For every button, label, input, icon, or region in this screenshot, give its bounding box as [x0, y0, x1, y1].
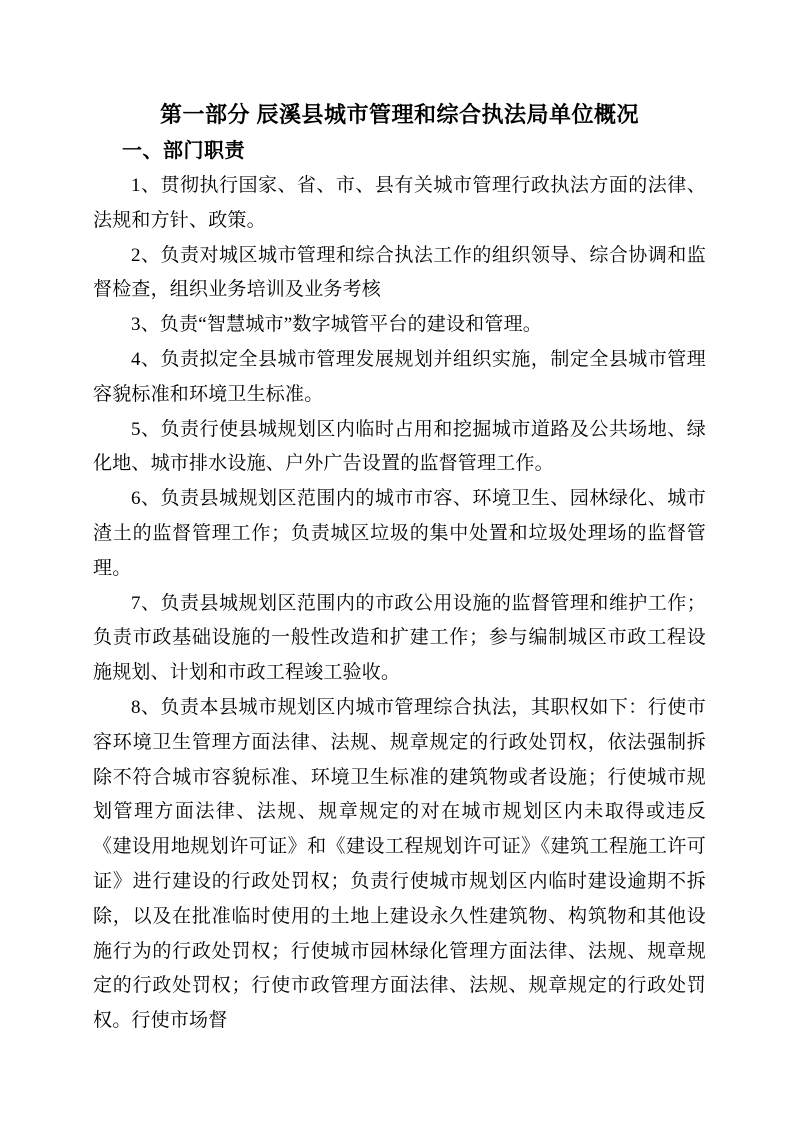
paragraph: 4、负责拟定全县城市管理发展规划并组织实施，制定全县城市管理容貌标准和环境卫生标… — [93, 343, 706, 413]
paragraph: 3、负责“智慧城市”数字城管平台的建设和管理。 — [93, 308, 706, 343]
paragraph: 7、负责县城规划区范围内的市政公用设施的监督管理和维护工作；负责市政基础设施的一… — [93, 587, 706, 691]
paragraph: 6、负责县城规划区范围内的城市市容、环境卫生、园林绿化、城市渣土的监督管理工作；… — [93, 482, 706, 586]
section-heading: 一、部门职责 — [93, 133, 706, 169]
document-content: 第一部分 辰溪县城市管理和综合执法局单位概况 一、部门职责 1、贯彻执行国家、省… — [93, 97, 706, 1039]
paragraph: 2、负责对城区城市管理和综合执法工作的组织领导、综合协调和监督检查，组织业务培训… — [93, 239, 706, 309]
paragraph: 1、贯彻执行国家、省、市、县有关城市管理行政执法方面的法律、法规和方针、政策。 — [93, 169, 706, 239]
document-page: 第一部分 辰溪县城市管理和综合执法局单位概况 一、部门职责 1、贯彻执行国家、省… — [0, 0, 793, 1122]
paragraph: 8、负责本县城市规划区内城市管理综合执法，其职权如下：行使市容环境卫生管理方面法… — [93, 691, 706, 1039]
paragraph-list: 1、贯彻执行国家、省、市、县有关城市管理行政执法方面的法律、法规和方针、政策。2… — [93, 169, 706, 1039]
document-title: 第一部分 辰溪县城市管理和综合执法局单位概况 — [93, 97, 706, 133]
paragraph: 5、负责行使县城规划区内临时占用和挖掘城市道路及公共场地、绿化地、城市排水设施、… — [93, 413, 706, 483]
